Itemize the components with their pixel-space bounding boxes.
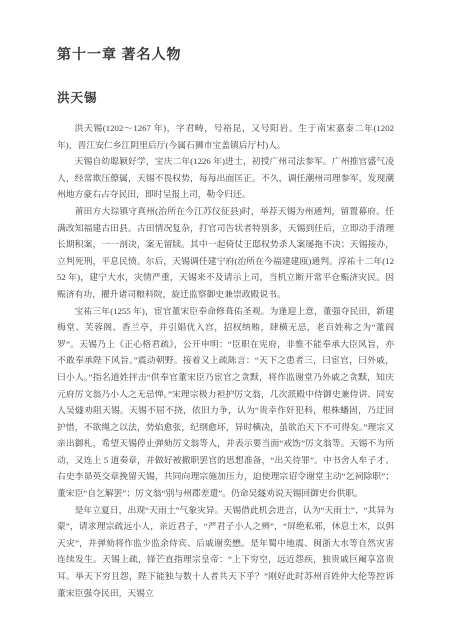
paragraph-gutian-jianning: 莆田方大琮镇守真州(治所在今江苏仪征县)时，举荐天锡为州通判，留置幕府。任满改知… [57, 203, 394, 303]
document-page: 第十一章 著名人物 洪天锡 洪天锡(1202～1267 年)，字君畴，号裕昆，又… [0, 0, 450, 636]
paragraph-memorials: 是年立夏日，出现“天雨土”气象灾异。天锡借此机会进言，认为“天雨土”、“其异为蒙… [57, 502, 394, 602]
article-body: 洪天锡(1202～1267 年)，字君畴，号裕昆，又号阳岩。生于南宋嘉泰二年(1… [57, 120, 394, 601]
paragraph-intro: 洪天锡(1202～1267 年)，字君畴，号裕昆，又号阳岩。生于南宋嘉泰二年(1… [57, 120, 394, 153]
paragraph-impeachment: 宝祐三年(1255 年)，宦官董宋臣奉命修葺佑圣观。为逢迎上意，董强夺民田，新建… [57, 303, 394, 502]
paragraph-early-career: 天锡自幼聪颖好学，宝庆二年(1226 年)进士，初授广州司法参军。广州推官盛气凌… [57, 153, 394, 203]
section-heading: 洪天锡 [57, 88, 394, 106]
chapter-title: 第十一章 著名人物 [57, 44, 394, 64]
